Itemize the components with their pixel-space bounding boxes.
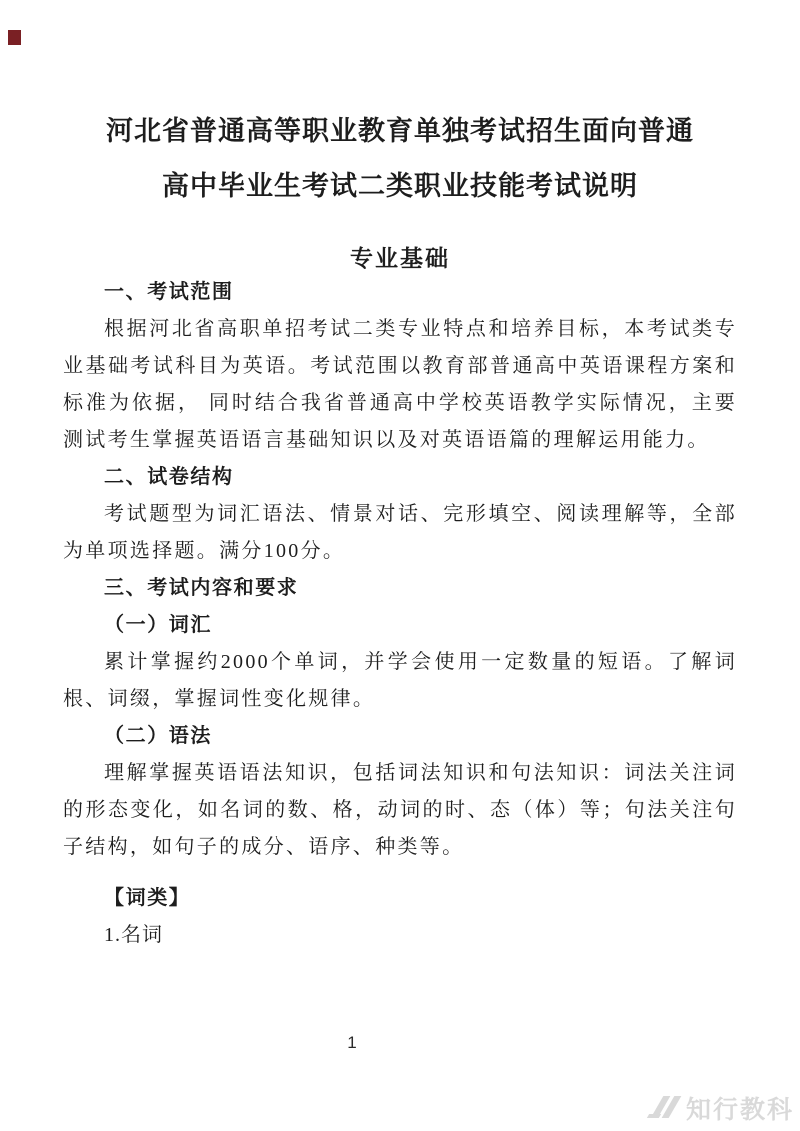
section-3-heading: 三、考试内容和要求 [63, 570, 737, 607]
subsection-grammar-paragraph: 理解掌握英语语法知识，包括词法知识和句法知识：词法关注词的形态变化，如名词的数、… [63, 755, 737, 866]
subsection-vocabulary-heading: （一）词汇 [63, 607, 737, 644]
section-2-paragraph: 考试题型为词汇语法、情景对话、完形填空、阅读理解等，全部为单项选择题。满分100… [63, 496, 737, 570]
watermark-text: 知行教科 [686, 1090, 794, 1126]
section-2-heading: 二、试卷结构 [63, 459, 737, 496]
document-page: 河北省普通高等职业教育单独考试招生面向普通 高中毕业生考试二类职业技能考试说明 … [0, 0, 800, 1131]
section-1-paragraph: 根据河北省高职单招考试二类专业特点和培养目标，本考试类专业基础考试科目为英语。考… [63, 311, 737, 459]
watermark: 知行教科 [646, 1092, 794, 1124]
section-1-heading: 一、考试范围 [63, 274, 737, 311]
page-number: 1 [0, 1033, 704, 1053]
document-title: 河北省普通高等职业教育单独考试招生面向普通 高中毕业生考试二类职业技能考试说明 [63, 104, 737, 214]
title-line-1: 河北省普通高等职业教育单独考试招生面向普通 [63, 104, 737, 159]
wordclass-item-noun: 1.名词 [63, 917, 737, 954]
watermark-double-slash-icon [646, 1095, 682, 1121]
subsection-vocabulary-paragraph: 累计掌握约2000个单词，并学会使用一定数量的短语。了解词根、词缀，掌握词性变化… [63, 644, 737, 718]
red-corner-mark [8, 30, 21, 45]
subsection-grammar-heading: （二）语法 [63, 718, 737, 755]
title-line-2: 高中毕业生考试二类职业技能考试说明 [63, 159, 737, 214]
wordclass-heading: 【词类】 [63, 880, 737, 917]
subject-heading: 专业基础 [63, 244, 737, 274]
